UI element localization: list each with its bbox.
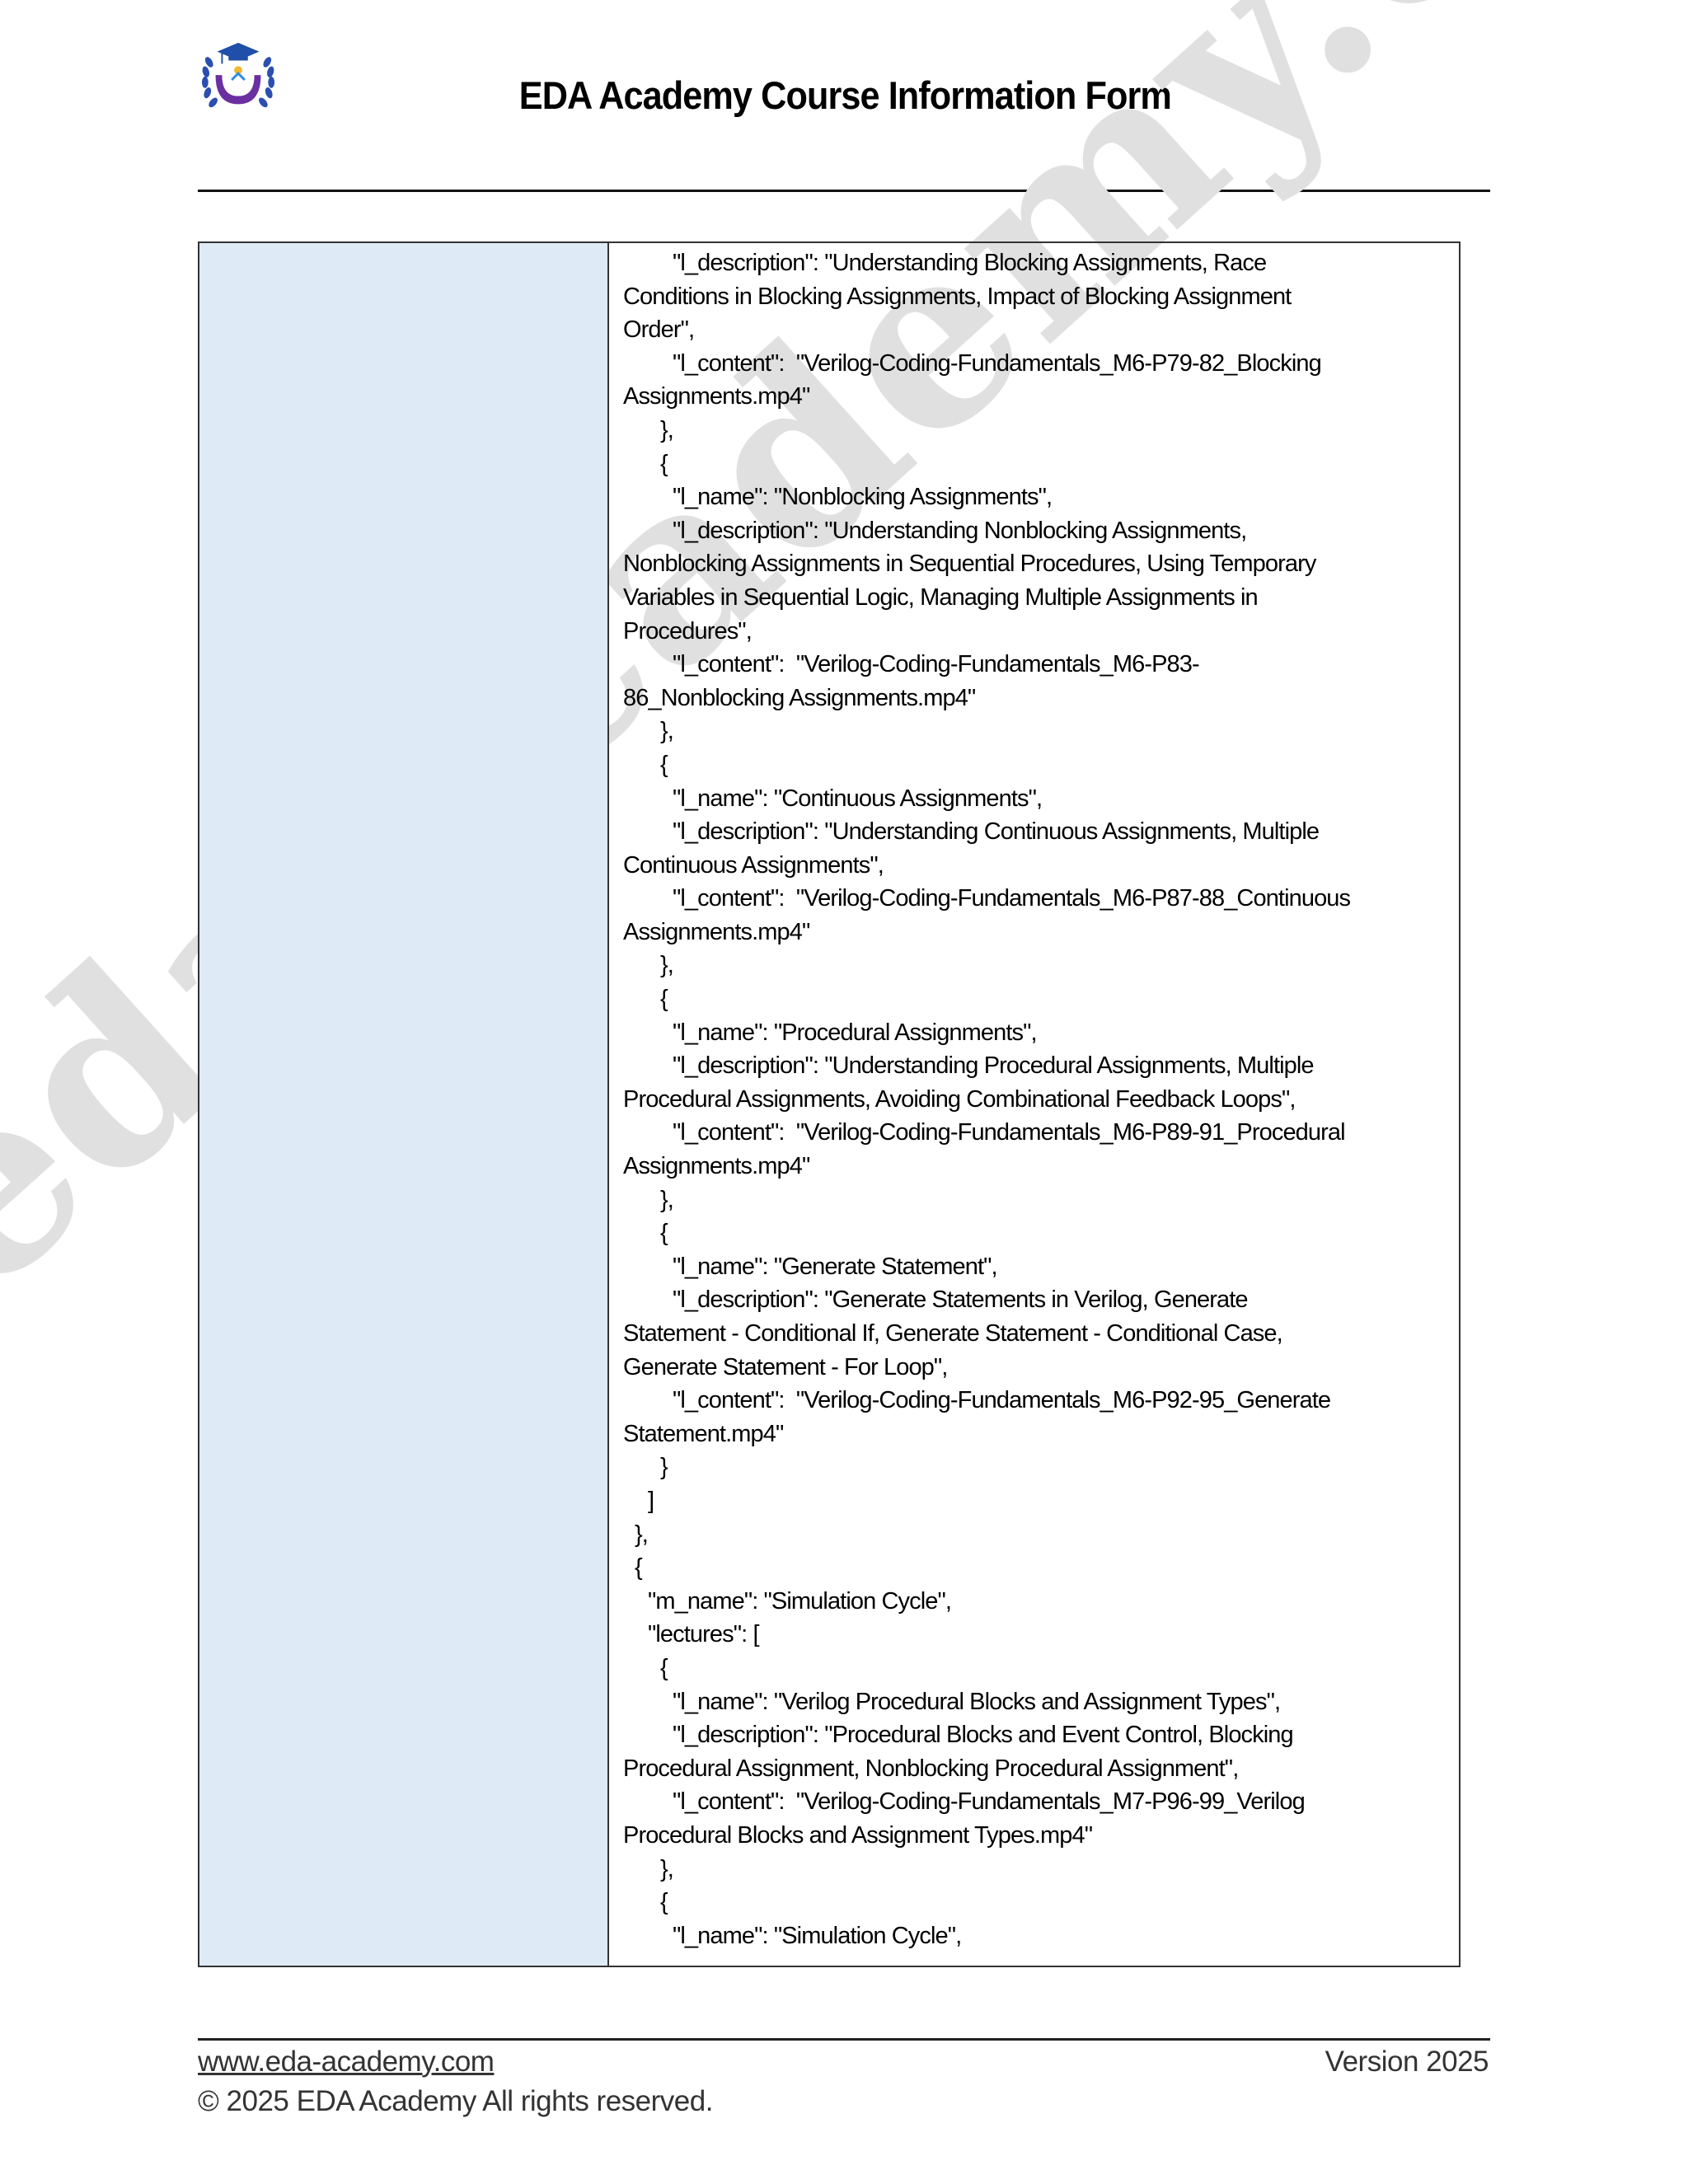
content-line: "l_name": "Simulation Cycle",	[623, 1919, 1446, 1953]
content-line: {	[623, 982, 1446, 1016]
content-line: "l_description": "Procedural Blocks and …	[623, 1718, 1446, 1752]
content-line: Variables in Sequential Logic, Managing …	[623, 581, 1446, 615]
content-line: "l_description": "Generate Statements in…	[623, 1283, 1446, 1317]
content-line: {	[623, 748, 1446, 782]
content-line: {	[623, 1216, 1446, 1250]
content-line: "l_content": "Verilog-Coding-Fundamental…	[623, 1785, 1446, 1819]
content-line: },	[623, 1853, 1446, 1886]
content-line: "l_name": "Generate Statement",	[623, 1250, 1446, 1284]
copyright-text: © 2025 EDA Academy All rights reserved.	[198, 2085, 713, 2118]
course-info-table: "l_description": "Understanding Blocking…	[198, 241, 1461, 1967]
content-line: Assignments.mp4"	[623, 380, 1446, 414]
content-line: },	[623, 949, 1446, 982]
content-line: },	[623, 1518, 1446, 1552]
content-line: },	[623, 1183, 1446, 1217]
content-line: "l_content": "Verilog-Coding-Fundamental…	[623, 347, 1446, 381]
content-line: "l_description": "Understanding Blocking…	[623, 246, 1446, 280]
content-line: Conditions in Blocking Assignments, Impa…	[623, 280, 1446, 314]
content-line: "lectures": [	[623, 1618, 1446, 1652]
content-line: Procedural Assignment, Nonblocking Proce…	[623, 1752, 1446, 1786]
content-line: {	[623, 448, 1446, 481]
content-line: Assignments.mp4"	[623, 916, 1446, 949]
content-line: Continuous Assignments",	[623, 849, 1446, 883]
content-line: "l_name": "Verilog Procedural Blocks and…	[623, 1685, 1446, 1719]
version-label: Version 2025	[1325, 2046, 1489, 2079]
content-line: Nonblocking Assignments in Sequential Pr…	[623, 547, 1446, 581]
content-line: "l_name": "Continuous Assignments",	[623, 782, 1446, 816]
content-line: Generate Statement - For Loop",	[623, 1351, 1446, 1385]
content-line: "l_content": "Verilog-Coding-Fundamental…	[623, 882, 1446, 916]
table-label-cell	[199, 243, 609, 1966]
content-line: "l_description": "Understanding Continuo…	[623, 815, 1446, 849]
content-line: Procedures",	[623, 615, 1446, 649]
content-line: "l_description": "Understanding Procedur…	[623, 1049, 1446, 1083]
content-line: Procedural Blocks and Assignment Types.m…	[623, 1819, 1446, 1853]
content-line: ]	[623, 1484, 1446, 1518]
website-link[interactable]: www.eda-academy.com	[198, 2046, 494, 2079]
content-line: Assignments.mp4"	[623, 1150, 1446, 1183]
content-line: "l_content": "Verilog-Coding-Fundamental…	[623, 648, 1446, 682]
content-line: {	[623, 1886, 1446, 1919]
content-line: },	[623, 715, 1446, 748]
content-line: Statement.mp4"	[623, 1418, 1446, 1451]
content-line: Statement - Conditional If, Generate Sta…	[623, 1317, 1446, 1351]
content-line: "l_content": "Verilog-Coding-Fundamental…	[623, 1384, 1446, 1418]
content-line: "l_name": "Procedural Assignments",	[623, 1016, 1446, 1050]
content-line: "l_description": "Understanding Nonblock…	[623, 514, 1446, 548]
content-line: Order",	[623, 313, 1446, 347]
content-line: },	[623, 414, 1446, 448]
content-line: "m_name": "Simulation Cycle",	[623, 1585, 1446, 1619]
content-line: {	[623, 1652, 1446, 1685]
json-content: "l_description": "Understanding Blocking…	[623, 246, 1446, 1952]
footer-divider	[198, 2038, 1490, 2041]
table-content-cell: "l_description": "Understanding Blocking…	[609, 243, 1459, 1966]
content-line: "l_content": "Verilog-Coding-Fundamental…	[623, 1116, 1446, 1150]
content-line: 86_Nonblocking Assignments.mp4"	[623, 682, 1446, 715]
content-line: "l_name": "Nonblocking Assignments",	[623, 480, 1446, 514]
content-line: Procedural Assignments, Avoiding Combina…	[623, 1083, 1446, 1117]
content-line: {	[623, 1551, 1446, 1585]
content-line: }	[623, 1451, 1446, 1484]
